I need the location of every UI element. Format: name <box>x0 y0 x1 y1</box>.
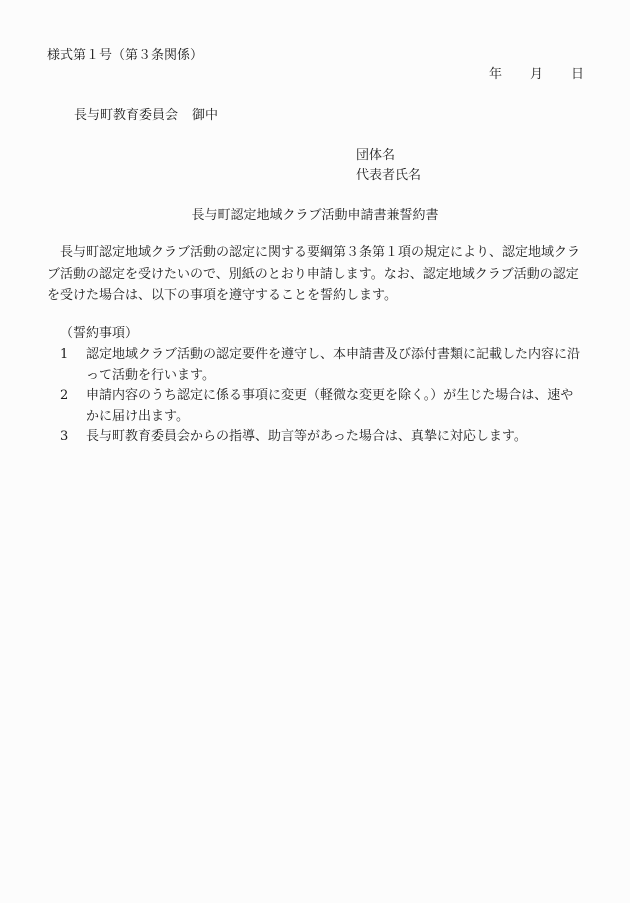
date-month-label: 月 <box>530 65 543 85</box>
body-paragraph: 長与町認定地域クラブ活動の認定に関する要綱第３条第１項の規定により、認定地域クラ… <box>47 242 583 307</box>
form-number: 様式第１号（第３条関係） <box>47 46 203 66</box>
pledge-item: 2 申請内容のうち認定に係る事項に変更（軽微な変更を除く。）が生じた場合は、速や… <box>60 386 584 427</box>
date-year-label: 年 <box>489 65 502 85</box>
pledge-item-text: 認定地域クラブ活動の認定要件を遵守し、本申請書及び添付書類に記載した内容に沿って… <box>86 345 584 386</box>
representative-name-label: 代表者氏名 <box>356 166 421 186</box>
organization-name-label: 団体名 <box>356 146 421 166</box>
pledge-heading: （誓約事項） <box>60 324 138 344</box>
date-day-label: 日 <box>571 65 584 85</box>
date-line: 年 月 日 <box>489 65 584 85</box>
document-title: 長与町認定地域クラブ活動申請書兼誓約書 <box>0 206 630 226</box>
addressee: 長与町教育委員会御中 <box>74 106 218 126</box>
document-page: 様式第１号（第３条関係） 年 月 日 長与町教育委員会御中 団体名 代表者氏名 … <box>0 0 630 903</box>
pledge-item-text: 申請内容のうち認定に係る事項に変更（軽微な変更を除く。）が生じた場合は、速やかに… <box>86 386 584 427</box>
addressee-name: 長与町教育委員会 <box>74 108 178 123</box>
pledge-item-number: 2 <box>60 386 86 427</box>
pledge-item: 3 長与町教育委員会からの指導、助言等があった場合は、真摯に対応します。 <box>60 427 584 448</box>
addressee-honorific: 御中 <box>192 108 218 123</box>
pledge-list: 1 認定地域クラブ活動の認定要件を遵守し、本申請書及び添付書類に記載した内容に沿… <box>60 345 584 448</box>
pledge-item-number: 3 <box>60 427 86 448</box>
pledge-item-number: 1 <box>60 345 86 386</box>
pledge-item-text: 長与町教育委員会からの指導、助言等があった場合は、真摯に対応します。 <box>86 427 584 448</box>
applicant-fields: 団体名 代表者氏名 <box>356 146 421 186</box>
pledge-item: 1 認定地域クラブ活動の認定要件を遵守し、本申請書及び添付書類に記載した内容に沿… <box>60 345 584 386</box>
